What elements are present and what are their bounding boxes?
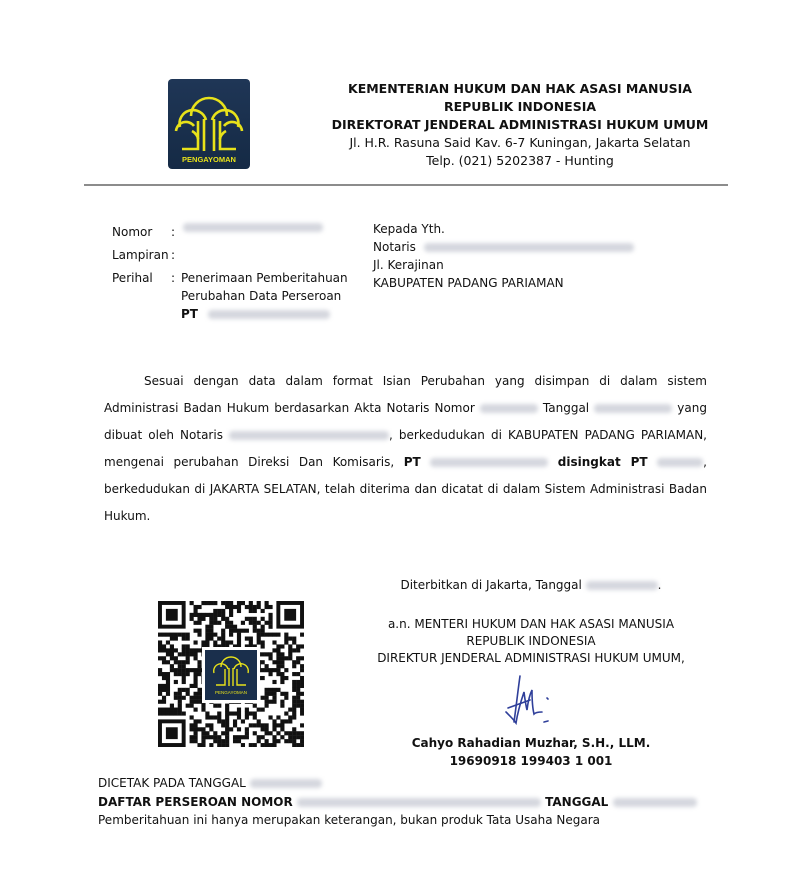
recipient-region: KABUPATEN PADANG PARIAMAN bbox=[373, 274, 634, 292]
perihal-line-1: Penerimaan Pemberitahuan bbox=[181, 269, 348, 287]
perihal-row: Perihal : Penerimaan Pemberitahuan Perub… bbox=[112, 269, 348, 323]
nomor-label: Nomor bbox=[112, 223, 171, 241]
lampiran-label: Lampiran bbox=[112, 246, 171, 264]
signer-info: Cahyo Rahadian Muzhar, S.H., LLM. 196909… bbox=[372, 734, 690, 770]
lampiran-row: Lampiran : bbox=[112, 246, 348, 264]
redacted-register-number bbox=[297, 798, 541, 807]
letter-meta: Nomor : Lampiran : Perihal : Penerimaan … bbox=[112, 223, 348, 328]
qr-code-icon: PENGAYOMAN bbox=[158, 601, 304, 747]
recipient-street: Jl. Kerajinan bbox=[373, 256, 634, 274]
body-paragraph: Sesuai dengan data dalam format Isian Pe… bbox=[104, 368, 707, 530]
signature-mark bbox=[500, 670, 564, 731]
letterhead: KEMENTERIAN HUKUM DAN HAK ASASI MANUSIA … bbox=[330, 80, 710, 170]
svg-text:PENGAYOMAN: PENGAYOMAN bbox=[215, 690, 247, 695]
printed-label: DICETAK PADA TANGGAL bbox=[98, 776, 246, 790]
letterhead-divider bbox=[84, 184, 728, 186]
greeting: Kepada Yth. bbox=[373, 220, 634, 238]
ministry-name: KEMENTERIAN HUKUM DAN HAK ASASI MANUSIA bbox=[330, 80, 710, 98]
issued-line: Diterbitkan di Jakarta, Tanggal . bbox=[372, 578, 690, 592]
redacted-company-name bbox=[430, 458, 548, 467]
signatory-title: a.n. MENTERI HUKUM DAN HAK ASASI MANUSIA… bbox=[372, 616, 690, 667]
redacted-notary-name bbox=[229, 431, 389, 440]
signer-name: Cahyo Rahadian Muzhar, S.H., LLM. bbox=[372, 734, 690, 752]
disclaimer: Pemberitahuan ini hanya merupakan ketera… bbox=[98, 811, 697, 830]
footer-notes: DICETAK PADA TANGGAL DAFTAR PERSEROAN NO… bbox=[98, 774, 697, 830]
office-phone: Telp. (021) 5202387 - Hunting bbox=[330, 152, 710, 170]
notaris-label: Notaris bbox=[373, 240, 416, 254]
ministry-logo: PENGAYOMAN bbox=[168, 79, 250, 169]
qr-code: PENGAYOMAN bbox=[158, 601, 304, 747]
redacted-issue-date bbox=[586, 581, 658, 590]
nomor-row: Nomor : bbox=[112, 223, 348, 241]
directorate-name: DIREKTORAT JENDERAL ADMINISTRASI HUKUM U… bbox=[330, 116, 710, 134]
perihal-pt: PT bbox=[181, 307, 198, 321]
redacted-print-date bbox=[250, 779, 322, 788]
pengayoman-tree-icon: PENGAYOMAN bbox=[168, 79, 250, 169]
office-address: Jl. H.R. Rasuna Said Kav. 6-7 Kuningan, … bbox=[330, 134, 710, 152]
redacted-deed-number bbox=[480, 404, 538, 413]
redacted-notary-name bbox=[424, 243, 634, 252]
perihal-label: Perihal bbox=[112, 269, 171, 323]
svg-text:PENGAYOMAN: PENGAYOMAN bbox=[182, 155, 236, 164]
redacted-letter-number bbox=[183, 223, 323, 232]
register-date-label: TANGGAL bbox=[545, 795, 608, 809]
redacted-deed-date bbox=[594, 404, 672, 413]
country-name: REPUBLIK INDONESIA bbox=[330, 98, 710, 116]
signer-nip: 19690918 199403 1 001 bbox=[372, 752, 690, 770]
register-label: DAFTAR PERSEROAN NOMOR bbox=[98, 795, 293, 809]
perihal-line-2: Perubahan Data Perseroan bbox=[181, 287, 348, 305]
redacted-short-name bbox=[657, 458, 703, 467]
redacted-company-name bbox=[208, 310, 330, 319]
recipient-address: Kepada Yth. Notaris Jl. Kerajinan KABUPA… bbox=[373, 220, 634, 292]
redacted-register-date bbox=[613, 798, 697, 807]
handwritten-signature-icon bbox=[500, 670, 564, 728]
